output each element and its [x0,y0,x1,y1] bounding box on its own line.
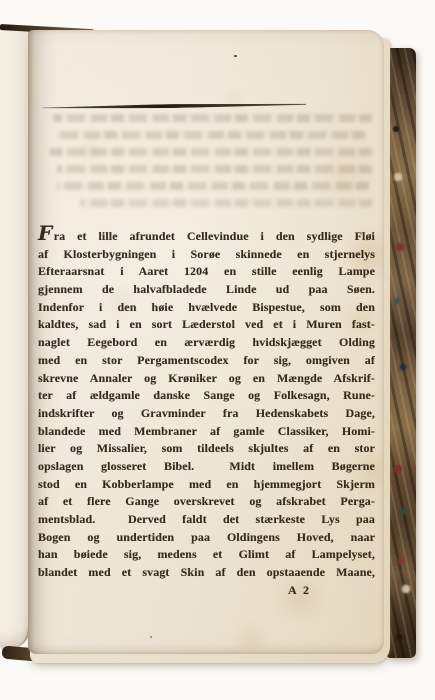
text-line: blandet med et svagt Skin af den opstaae… [38,564,375,582]
show-through-text [40,114,372,216]
marbled-cover-edge [387,48,416,658]
ghost-line [57,165,372,173]
text-line: med en stor Pergamentscodex for sig, omg… [38,352,375,370]
text-line: gjennem de halvafbladede Linde ud paa Sø… [38,281,375,299]
marble-flecks [393,48,395,50]
ink-speck [150,636,152,638]
text-line: opslagen glosseret Bibel. Midt imellem B… [38,458,375,476]
text-block: Fra et lille afrundet Cellevindue i den … [38,228,375,600]
text-line: naglet Eegebord en ærværdig hvidskjægget… [38,334,375,352]
text-line: ter af ældgamle danske Sange og Folkesag… [38,387,375,405]
text-line: Bogen og undertiden paa Oldingens Hoved,… [38,529,375,547]
text-line: han bøiede sig, medens et Glimt af Lampe… [38,546,375,564]
text-line: lier og Missalier, som tildeels skjultes… [38,440,375,458]
text-line: indskrifter og Gravminder fra Hedenskabe… [38,405,375,423]
book-photo: Fra et lille afrundet Cellevindue i den … [0,0,435,700]
text-line: blandede med Membraner af gamle Classike… [38,423,375,441]
text-line: af Klosterbygningen i Sorøe skinnede en … [38,246,375,264]
ghost-line [53,114,372,122]
text-line: af et flere Gange overskrevet og afskrab… [38,493,375,511]
book-page: Fra et lille afrundet Cellevindue i den … [28,30,384,654]
ghost-line [57,131,366,139]
text-line: kaldtes, sad i en sort Læderstol ved et … [38,316,375,334]
ghost-line [80,199,372,207]
text-line: skrevne Annaler og Krøniker og en Mængde… [38,370,375,388]
left-page-sliver [0,30,31,650]
ghost-line [50,148,372,156]
signature-mark: A 2 [288,582,375,600]
ornamental-rule [42,102,306,109]
text-line: Indenfor i den høie hvælvede Bispestue, … [38,299,375,317]
text-line: Fra et lille afrundet Cellevindue i den … [38,228,375,246]
text-line: Efteraarsnat i Aaret 1204 en stille eenl… [38,263,375,281]
text-line: stod en Kobberlampe med en hjemmegjort S… [38,476,375,494]
ink-speck [234,55,237,57]
foxing-stains [28,30,29,31]
text-line: mentsblad. Derved faldt det stærkeste Ly… [38,511,375,529]
ghost-line [57,182,369,190]
